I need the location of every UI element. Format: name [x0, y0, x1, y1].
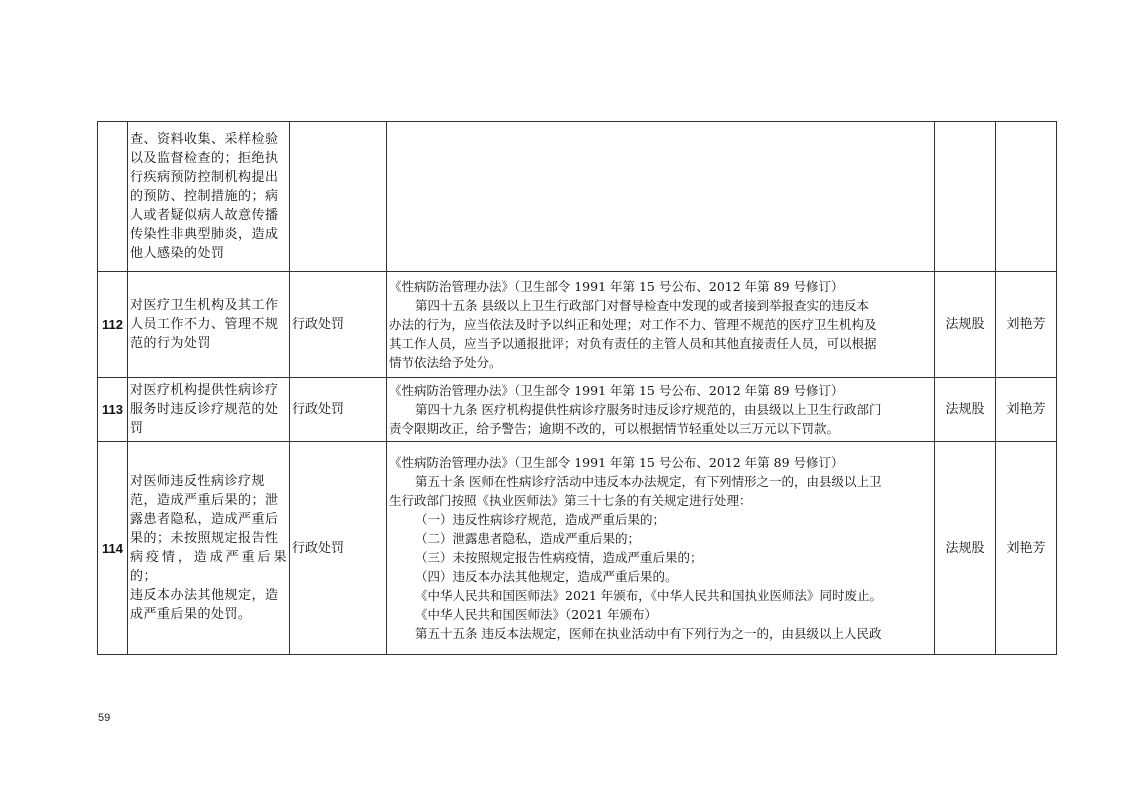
item-line: 服务时违反诊疗规范的处	[130, 400, 287, 419]
responsible-department	[935, 122, 996, 272]
basis-line: （一）违反性病诊疗规范，造成严重后果的；	[389, 510, 932, 529]
responsible-department: 法规股	[935, 378, 996, 442]
item-name: 对医师违反性病诊疗规 范，造成严重后果的；泄 露患者隐私，造成严重后 果的；未按…	[128, 442, 290, 655]
basis-line: （二）泄露患者隐私，造成严重后果的；	[389, 529, 932, 548]
basis-line: （三）未按照规定报告性病疫情，造成严重后果的；	[389, 548, 932, 567]
responsible-person: 刘艳芳	[996, 272, 1057, 378]
row-number	[98, 122, 128, 272]
basis-line: 第五十条 医师在性病诊疗活动中违反本办法规定，有下列情形之一的，由县级以上卫	[389, 472, 932, 491]
row-number: 113	[98, 378, 128, 442]
row-number: 112	[98, 272, 128, 378]
item-line: 罚	[130, 419, 287, 438]
basis-line: 生行政部门按照《执业医师法》第三十七条的有关规定进行处理：	[389, 491, 932, 510]
item-line: 违反本办法其他规定，造	[130, 586, 287, 605]
page-number: 59	[98, 712, 110, 724]
row-number: 114	[98, 442, 128, 655]
item-line: 人或者疑似病人故意传播	[130, 206, 287, 225]
responsible-person	[996, 122, 1057, 272]
item-line: 对医疗卫生机构及其工作	[130, 296, 287, 315]
item-line: 对医疗机构提供性病诊疗	[130, 381, 287, 400]
basis-line: 第四十五条 县级以上卫生行政部门对督导检查中发现的或者接到举报查实的违反本	[389, 296, 932, 315]
item-line: 行疾病预防控制机构提出	[130, 168, 287, 187]
authority-list-table: 查、资料收集、采样检验 以及监督检查的；拒绝执 行疾病预防控制机构提出 的预防、…	[97, 121, 1057, 655]
item-name: 查、资料收集、采样检验 以及监督检查的；拒绝执 行疾病预防控制机构提出 的预防、…	[128, 122, 290, 272]
basis-line: （四）违反本办法其他规定，造成严重后果的。	[389, 567, 932, 586]
responsible-department: 法规股	[935, 442, 996, 655]
item-line: 传染性非典型肺炎，造成	[130, 225, 287, 244]
basis-line: 《中华人民共和国医师法》（2021 年颁布）	[389, 605, 932, 624]
item-line: 查、资料收集、采样检验	[130, 130, 287, 149]
legal-basis: 《性病防治管理办法》（卫生部令 1991 年第 15 号公布、2012 年第 8…	[387, 378, 935, 442]
item-line: 范的行为处罚	[130, 334, 287, 353]
authority-type: 行政处罚	[290, 442, 387, 655]
basis-line: 《中华人民共和国医师法》2021 年颁布，《中华人民共和国执业医师法》同时废止。	[389, 586, 932, 605]
item-name: 对医疗卫生机构及其工作 人员工作不力、管理不规 范的行为处罚	[128, 272, 290, 378]
basis-line: 《性病防治管理办法》（卫生部令 1991 年第 15 号公布、2012 年第 8…	[389, 453, 932, 472]
authority-type	[290, 122, 387, 272]
basis-line: 情节依法给予处分。	[389, 353, 932, 372]
responsible-person: 刘艳芳	[996, 442, 1057, 655]
legal-basis: 《性病防治管理办法》（卫生部令 1991 年第 15 号公布、2012 年第 8…	[387, 442, 935, 655]
item-line: 成严重后果的处罚。	[130, 605, 287, 624]
item-line: 病疫情，造成严重后果的；	[130, 548, 287, 586]
item-line: 以及监督检查的；拒绝执	[130, 149, 287, 168]
basis-line: 第五十五条 违反本法规定，医师在执业活动中有下列行为之一的，由县级以上人民政	[389, 624, 932, 643]
item-line: 对医师违反性病诊疗规	[130, 472, 287, 491]
item-line: 他人感染的处罚	[130, 244, 287, 263]
basis-line: 《性病防治管理办法》（卫生部令 1991 年第 15 号公布、2012 年第 8…	[389, 381, 932, 400]
basis-line: 第四十九条 医疗机构提供性病诊疗服务时违反诊疗规范的，由县级以上卫生行政部门	[389, 400, 932, 419]
legal-basis	[387, 122, 935, 272]
basis-line: 其工作人员，应当予以通报批评；对负有责任的主管人员和其他直接责任人员，可以根据	[389, 334, 932, 353]
item-line: 露患者隐私，造成严重后	[130, 510, 287, 529]
responsible-department: 法规股	[935, 272, 996, 378]
item-name: 对医疗机构提供性病诊疗 服务时违反诊疗规范的处 罚	[128, 378, 290, 442]
authority-type: 行政处罚	[290, 272, 387, 378]
item-line: 的预防、控制措施的；病	[130, 187, 287, 206]
responsible-person: 刘艳芳	[996, 378, 1057, 442]
table-row: 查、资料收集、采样检验 以及监督检查的；拒绝执 行疾病预防控制机构提出 的预防、…	[98, 122, 1057, 272]
item-line: 人员工作不力、管理不规	[130, 315, 287, 334]
table-row: 112 对医疗卫生机构及其工作 人员工作不力、管理不规 范的行为处罚 行政处罚 …	[98, 272, 1057, 378]
basis-line: 办法的行为，应当依法及时予以纠正和处理；对工作不力、管理不规范的医疗卫生机构及	[389, 315, 932, 334]
table-row: 113 对医疗机构提供性病诊疗 服务时违反诊疗规范的处 罚 行政处罚 《性病防治…	[98, 378, 1057, 442]
legal-basis: 《性病防治管理办法》（卫生部令 1991 年第 15 号公布、2012 年第 8…	[387, 272, 935, 378]
item-line: 果的；未按照规定报告性	[130, 529, 287, 548]
table-row: 114 对医师违反性病诊疗规 范，造成严重后果的；泄 露患者隐私，造成严重后 果…	[98, 442, 1057, 655]
item-line: 范，造成严重后果的；泄	[130, 491, 287, 510]
basis-line: 《性病防治管理办法》（卫生部令 1991 年第 15 号公布、2012 年第 8…	[389, 277, 932, 296]
authority-type: 行政处罚	[290, 378, 387, 442]
basis-line: 责令限期改正，给予警告；逾期不改的，可以根据情节轻重处以三万元以下罚款。	[389, 419, 932, 438]
